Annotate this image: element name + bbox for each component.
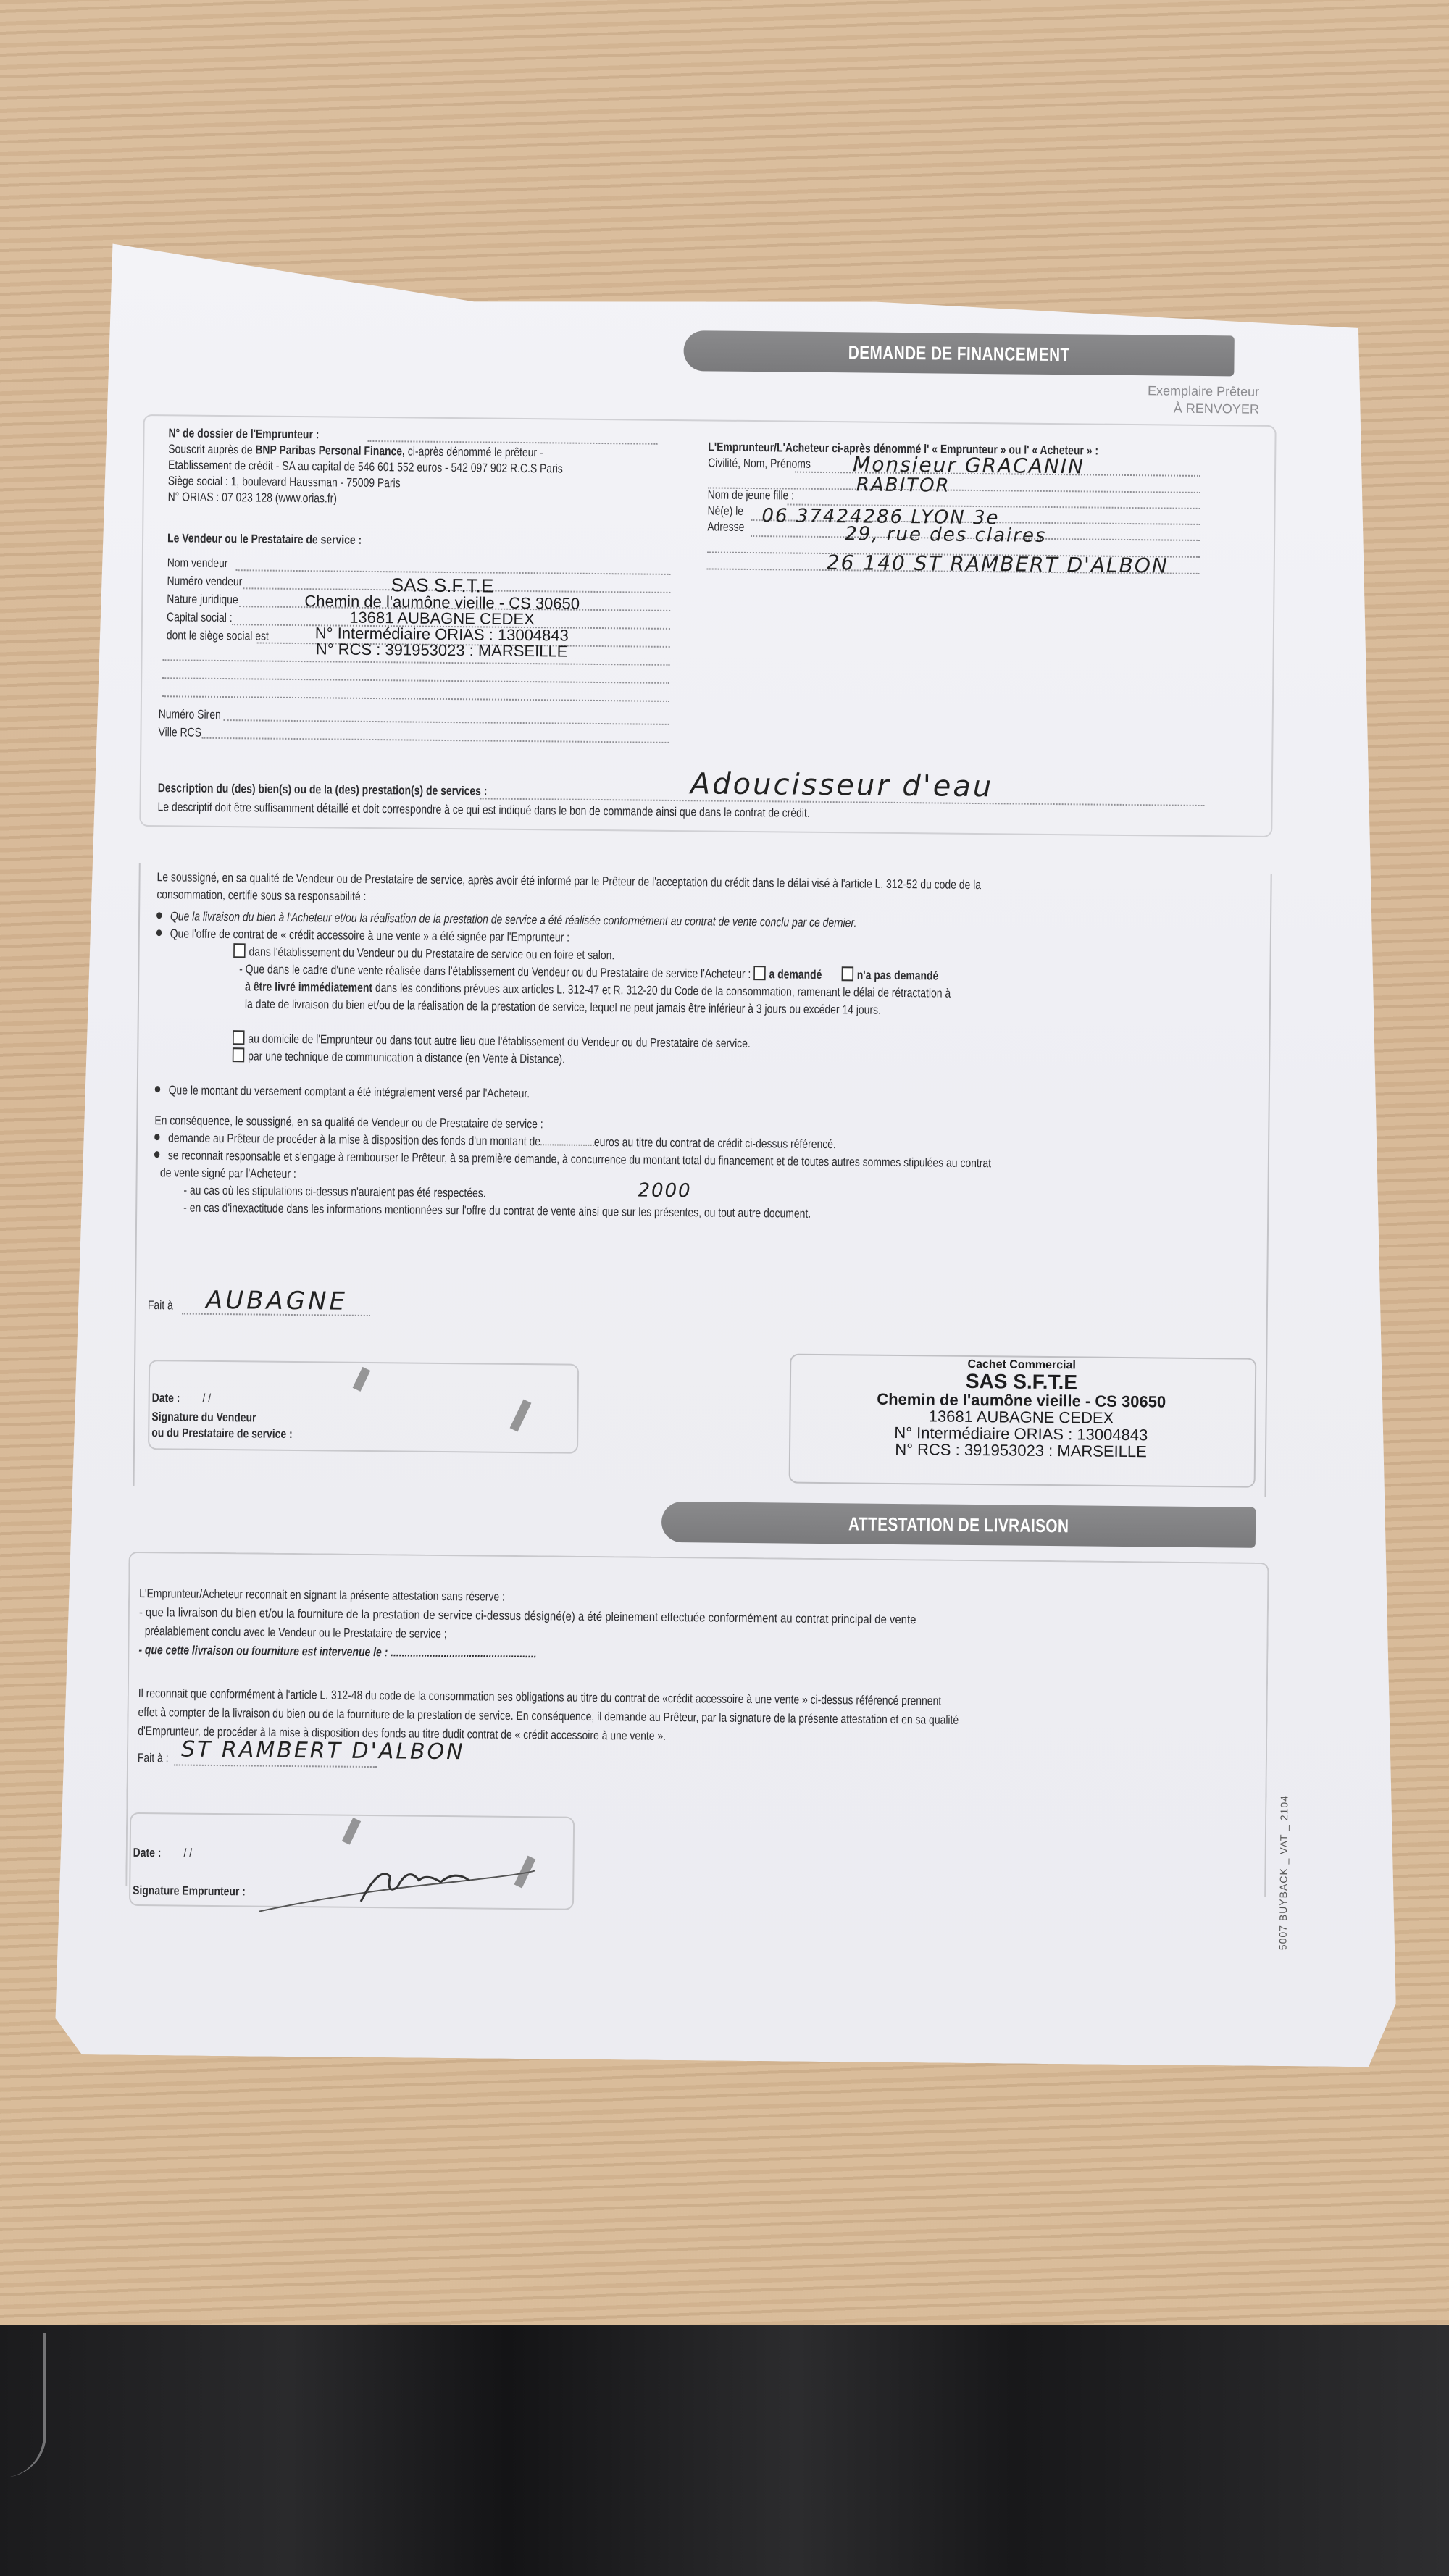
borrower-signature-labels: Date : / / Signature Emprunteur : [133, 1845, 271, 1900]
adresse-value: 29, rue des claires [845, 523, 1047, 547]
option-a-demande: a demandé [769, 967, 822, 982]
attestation-block: L'Emprunteur/Acheteur reconnait en signa… [138, 1584, 1140, 1750]
attestation-title: ATTESTATION DE LIVRAISON [848, 1503, 1069, 1546]
paper-sheet: DEMANDE DE FINANCEMENT Exemplaire Prêteu… [55, 243, 1413, 2067]
return-label: À RENVOYER [1114, 399, 1259, 418]
attestation-item2: - que cette livraison ou fourniture est … [138, 1643, 536, 1660]
certification-block: Le soussigné, en sa qualité de Vendeur o… [154, 869, 1177, 1226]
sub-prefix: - Que dans le cadre d'une vente réalisée… [239, 962, 751, 981]
fait-a-label: Fait à [148, 1298, 179, 1313]
attestation-fait-a-value: ST RAMBERT D'ALBON [181, 1737, 465, 1765]
lender-line1-prefix: Souscrit auprès de [168, 442, 255, 456]
cert-bullet-versement: Que le montant du versement comptant a é… [169, 1083, 530, 1100]
amount-value: 2000 [638, 1180, 691, 1203]
cert-bullet-montant-suffix: euros au titre du contrat de crédit ci-d… [594, 1135, 836, 1151]
sub-bold: à être livré immédiatement [245, 979, 372, 995]
vendor-heading: Le Vendeur ou le Prestataire de service … [167, 531, 362, 547]
option-domicile: au domicile de l'Emprunteur ou dans tout… [248, 1032, 751, 1050]
siren-block: Numéro Siren Ville RCS [158, 705, 234, 742]
description-value: Adoucisseur d'eau [690, 767, 994, 803]
bullet-icon [156, 929, 162, 936]
borrower-date-label: Date : [133, 1846, 162, 1860]
option-distance: par une technique de communication à dis… [248, 1049, 565, 1066]
option-pas-demande: n'a pas demandé [857, 968, 939, 982]
label-siren: Numéro Siren [159, 705, 221, 724]
lender-line1-suffix: ci-après dénommé le prêteur - [405, 444, 543, 459]
civilite-value-2: RABITOR [856, 474, 951, 496]
borrower-date-sep: / / [183, 1847, 192, 1860]
checkbox-domicile[interactable] [233, 1030, 245, 1045]
financing-form: DEMANDE DE FINANCEMENT Exemplaire Prêteu… [55, 243, 1413, 2067]
label-ville-rcs: Ville RCS [158, 723, 220, 742]
vendor-date-sep: / / [202, 1392, 211, 1405]
vendor-date-label: Date : [152, 1391, 180, 1405]
banner-title: DEMANDE DE FINANCEMENT [848, 332, 1069, 375]
banner-attestation-livraison: ATTESTATION DE LIVRAISON [661, 1502, 1256, 1548]
vendor-signature-label: Signature du Vendeur [151, 1410, 256, 1424]
borrower-signature-label: Signature Emprunteur : [133, 1883, 246, 1898]
copy-label: Exemplaire Prêteur [1114, 382, 1259, 401]
vendor-stamp: SAS S.F.T.E Chemin de l'aumône vieille -… [275, 574, 609, 660]
fait-a-value: AUBAGNE [206, 1286, 348, 1316]
description-label: Description du (des) bien(s) ou de la (d… [158, 781, 488, 798]
borrower-signature-scribble [252, 1849, 543, 1918]
bullet-icon [156, 912, 162, 919]
lender-block: N° de dossier de l'Emprunteur : Souscrit… [168, 425, 650, 509]
checkbox-a-demande[interactable] [753, 966, 766, 980]
commercial-stamp: Cachet Commercial SAS S.F.T.E Chemin de … [793, 1357, 1250, 1461]
stamp-rcs: N° RCS : 391953023 : MARSEILLE [275, 641, 609, 660]
dark-floor-background [0, 2325, 1449, 2576]
adresse-value-2: 26 140 ST RAMBERT D'ALBON [827, 551, 1169, 578]
option-etablissement: dans l'établissement du Vendeur ou du Pr… [249, 945, 614, 962]
cert-bullet-offre: Que l'offre de contrat de « crédit acces… [170, 927, 570, 944]
fait-a-text: Fait à [148, 1298, 173, 1313]
copy-label-block: Exemplaire Prêteur À RENVOYER [1114, 382, 1259, 418]
cert-bullet-montant-prefix: demande au Prêteur de procéder à la mise… [168, 1131, 540, 1148]
attestation-fait-a-text: Fait à : [138, 1751, 169, 1765]
cable [0, 2333, 46, 2477]
lender-name: BNP Paribas Personal Finance, [255, 443, 405, 458]
bullet-icon [154, 1151, 159, 1158]
form-reference: 5007 BUYBACK _ VAT _ 2104 [1277, 1795, 1290, 1950]
bullet-icon [154, 1134, 159, 1140]
banner-demande-financement: DEMANDE DE FINANCEMENT [683, 330, 1235, 376]
checkbox-distance[interactable] [233, 1047, 245, 1062]
vendor-signature-label-2: ou du Prestataire de service : [151, 1426, 293, 1441]
dossier-label: N° de dossier de l'Emprunteur : [168, 426, 319, 441]
attestation-fait-a-label: Fait à : [138, 1751, 175, 1765]
bullet-icon [155, 1086, 160, 1092]
checkbox-pas-demande[interactable] [841, 966, 853, 981]
vendor-signature-labels: Date : / / Signature du Vendeur ou du Pr… [151, 1390, 324, 1442]
checkbox-etablissement[interactable] [233, 943, 246, 958]
